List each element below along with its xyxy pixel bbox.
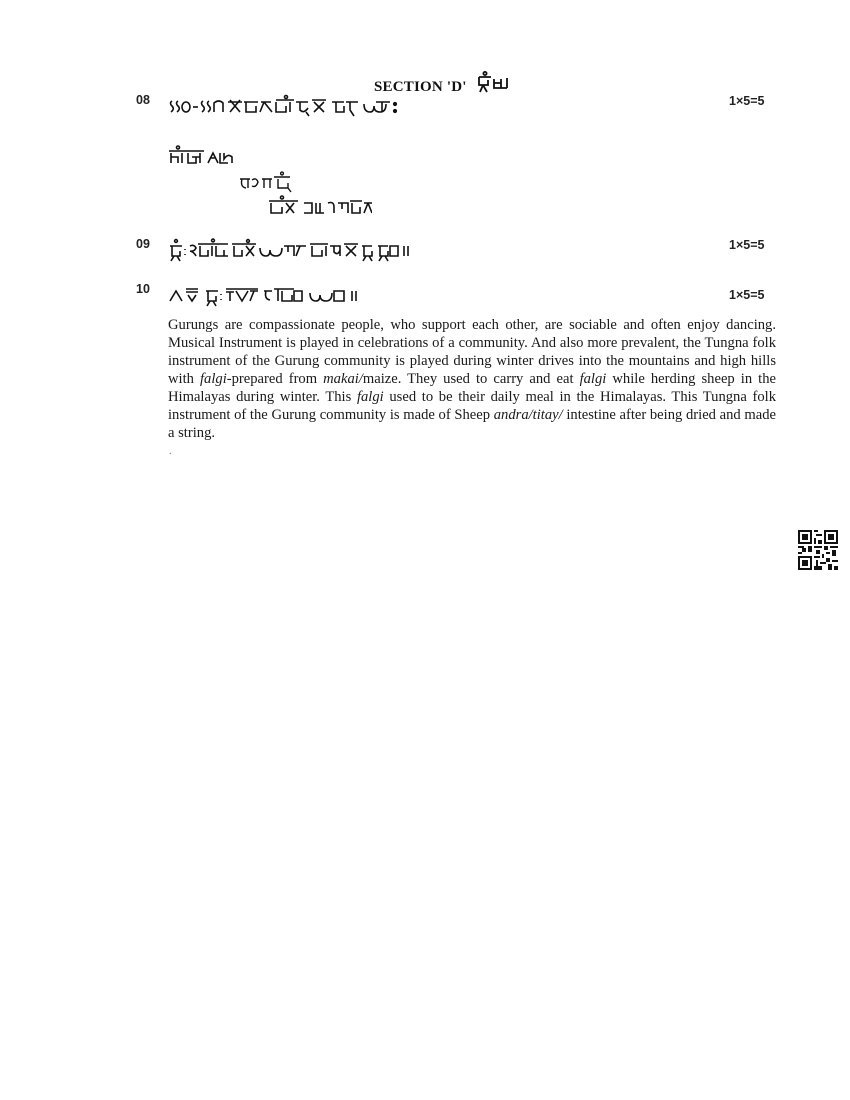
question-number: 09 (136, 237, 150, 251)
question-number: 08 (136, 93, 150, 107)
question-marks: 1×5=5 (729, 94, 764, 108)
question-prompt: 𖄂𖄌𖄐𖄍 𖄂𖄝 𖄦𖄐𖄢 𖄉𖄗 𖄇𖄖 𖄖𖄕 ॥ (168, 238, 414, 264)
passage-term: makai/ (323, 371, 363, 387)
passage-text: -prepared from (227, 371, 323, 387)
qr-code-icon (798, 530, 838, 570)
passage-term: falgi (357, 389, 384, 405)
question-marks: 1×5=5 (729, 288, 764, 302)
passage-text: maize. They used to carry and eat (363, 371, 580, 387)
passage-term: falgi (580, 371, 607, 387)
poem-line: 𖄎𖄏𖄚𖄞 (238, 171, 298, 197)
question-prompt: 𖄇𖄟 𖄂𖄌𖄝𖄢 𖄎𖄗𖄕 𖄦𖄕 ॥ (168, 283, 362, 309)
question-number: 10 (136, 282, 150, 296)
passage-term: andra/titay/ (494, 407, 563, 423)
passage-paragraph: Gurungs are compassionate people, who su… (168, 316, 776, 442)
question-marks: 1×5=5 (729, 238, 764, 252)
poem-line: 𖄊𖄝 𖄑𖄔𖄑𖄝𖄢 (268, 195, 372, 221)
section-title-script-glyph: 𖄖𖄠 (477, 71, 511, 100)
poem-line: 𖄁𖄜𖄣 𖄎𖄘 (168, 145, 238, 171)
section-title: SECTION 'D' (374, 79, 467, 95)
passage-term: falgi (200, 371, 227, 387)
trailing-mark: . (169, 446, 172, 457)
question-prompt: 𖄱𖄱𖄰-𖄱𖄱𖄸 𖄇𖄐𖄢 𖄉𖄜𖄐 𖄃𖄒 𖄦𖄕: (168, 94, 398, 120)
